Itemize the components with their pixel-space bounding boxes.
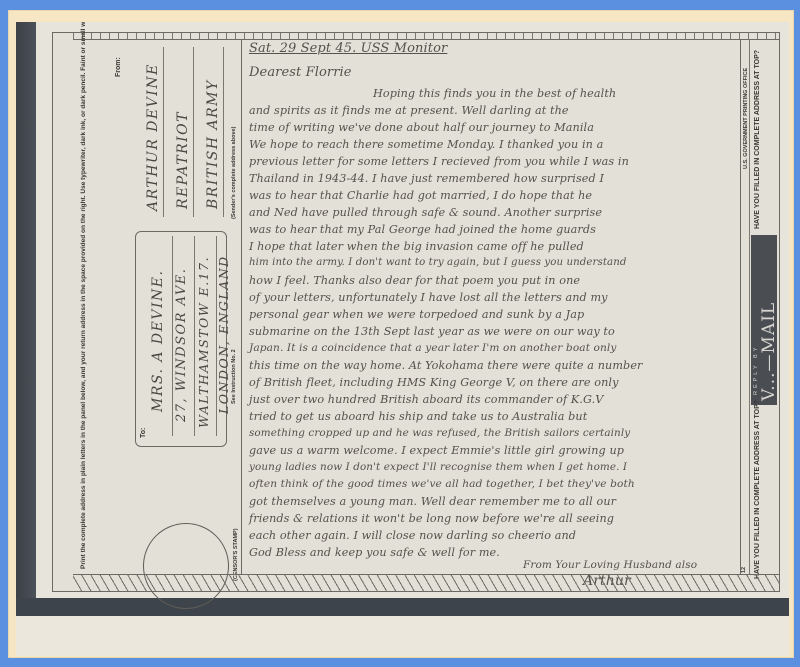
to-street: 27, WINDSOR AVE.: [174, 242, 189, 422]
vmail-logo-box: REPLY BY V...—MAIL: [751, 235, 777, 405]
from-line-3: BRITISH ARMY: [205, 69, 221, 209]
notice-bottom: HAVE YOU FILLED IN COMPLETE ADDRESS AT T…: [753, 429, 773, 579]
letter-line: got themselves a young man. Well dear re…: [249, 495, 616, 508]
to-address-box: To: MRS. A DEVINE. 27, WINDSOR AVE. WALT…: [135, 231, 227, 447]
letter-line: Thailand in 1943-44. I have just remembe…: [249, 172, 604, 185]
hatched-border-bottom: [73, 574, 779, 591]
rule: [223, 47, 224, 217]
vmail-logo: V...—MAIL: [759, 241, 779, 401]
letter-line: We hope to reach there sometime Monday. …: [249, 138, 603, 151]
letter-line: him into the army. I don't want to try a…: [249, 257, 627, 268]
rule: [193, 47, 194, 217]
letter-line: time of writing we've done about half ou…: [249, 121, 594, 134]
letter-line: was to hear that my Pal George had joine…: [249, 223, 596, 236]
from-name: ARTHUR DEVINE: [145, 51, 161, 211]
letter-line: Hoping this finds you in the best of hea…: [373, 87, 616, 100]
letter-line: this time on the way home. At Yokohama t…: [249, 359, 642, 372]
censor-stamp-caption: (CENSOR'S STAMP): [233, 501, 239, 581]
letter-line: friends & relations it won't be long now…: [249, 512, 614, 525]
letter-line: of British fleet, including HMS King Geo…: [249, 376, 619, 389]
letter-line: each other again. I will close now darli…: [249, 529, 576, 542]
sender-caption: (Sender's complete address above): [231, 69, 237, 219]
letter-line: Japan. It is a coincidence that a year l…: [249, 342, 617, 354]
from-label: From:: [115, 47, 122, 77]
letter-line: of your letters, unfortunately I have lo…: [249, 291, 608, 304]
rule: [749, 39, 750, 575]
letter-line: tried to get us aboard his ship and take…: [249, 410, 587, 423]
letter-line: previous letter for some letters I recie…: [249, 155, 629, 168]
letter-line: was to hear that Charlie had got married…: [249, 189, 592, 202]
letter-line: personal gear when we were torpedoed and…: [249, 308, 584, 321]
letter-line: often think of the good times we've all …: [249, 478, 635, 490]
vmail-side-panel: HAVE YOU FILLED IN COMPLETE ADDRESS AT T…: [740, 39, 779, 575]
to-label: To:: [140, 418, 147, 438]
to-name: MRS. A DEVINE.: [150, 252, 166, 412]
letter-line: how I feel. Thanks also dear for that po…: [249, 274, 580, 287]
vmail-form: Print the complete address in plain lett…: [52, 32, 780, 592]
letter-line: young ladies now I don't expect I'll rec…: [249, 461, 627, 473]
form-number: 12: [741, 559, 747, 573]
to-district: WALTHAMSTOW E.17.: [196, 238, 211, 428]
form-instructions: Print the complete address in plain lett…: [79, 69, 99, 569]
printer-line: U.S. GOVERNMENT PRINTING OFFICE: [743, 49, 749, 169]
letter-line: God Bless and keep you safe & well for m…: [249, 546, 500, 559]
rule: [194, 236, 195, 436]
letter-line: submarine on the 13th Sept last year as …: [249, 325, 615, 338]
letter-line: I hope that later when the big invasion …: [249, 240, 584, 253]
vmail-photograph: Print the complete address in plain lett…: [16, 22, 789, 616]
letter-salutation: Dearest Florrie: [249, 65, 352, 80]
censor-stamp-circle: [143, 523, 229, 609]
dark-film-edge-left: [16, 22, 36, 616]
letter-date-header: Sat. 29 Sept 45. USS Monitor: [249, 41, 447, 56]
rule: [172, 236, 173, 436]
letter-line: and Ned have pulled through safe & sound…: [249, 206, 602, 219]
letter-body: Sat. 29 Sept 45. USS Monitor Dearest Flo…: [243, 39, 743, 575]
letter-line: and spirits as it finds me at present. W…: [249, 104, 569, 117]
letter-closing: From Your Loving Husband also: [523, 559, 697, 571]
dark-film-edge-bottom: [16, 598, 789, 616]
rule: [163, 47, 164, 217]
address-panel: Print the complete address in plain lett…: [73, 39, 242, 575]
see-instruction: See Instruction No. 2: [231, 254, 237, 404]
photo-border-bottom: [16, 616, 789, 656]
notice-top: HAVE YOU FILLED IN COMPLETE ADDRESS AT T…: [753, 79, 773, 229]
letter-line: just over two hundred British aboard its…: [249, 393, 603, 406]
letter-line: something cropped up and he was refused,…: [249, 427, 630, 439]
letter-line: gave us a warm welcome. I expect Emmie's…: [249, 444, 624, 457]
to-city: LONDON, ENGLAND: [216, 244, 231, 414]
from-line-2: REPATRIOT: [175, 79, 191, 209]
